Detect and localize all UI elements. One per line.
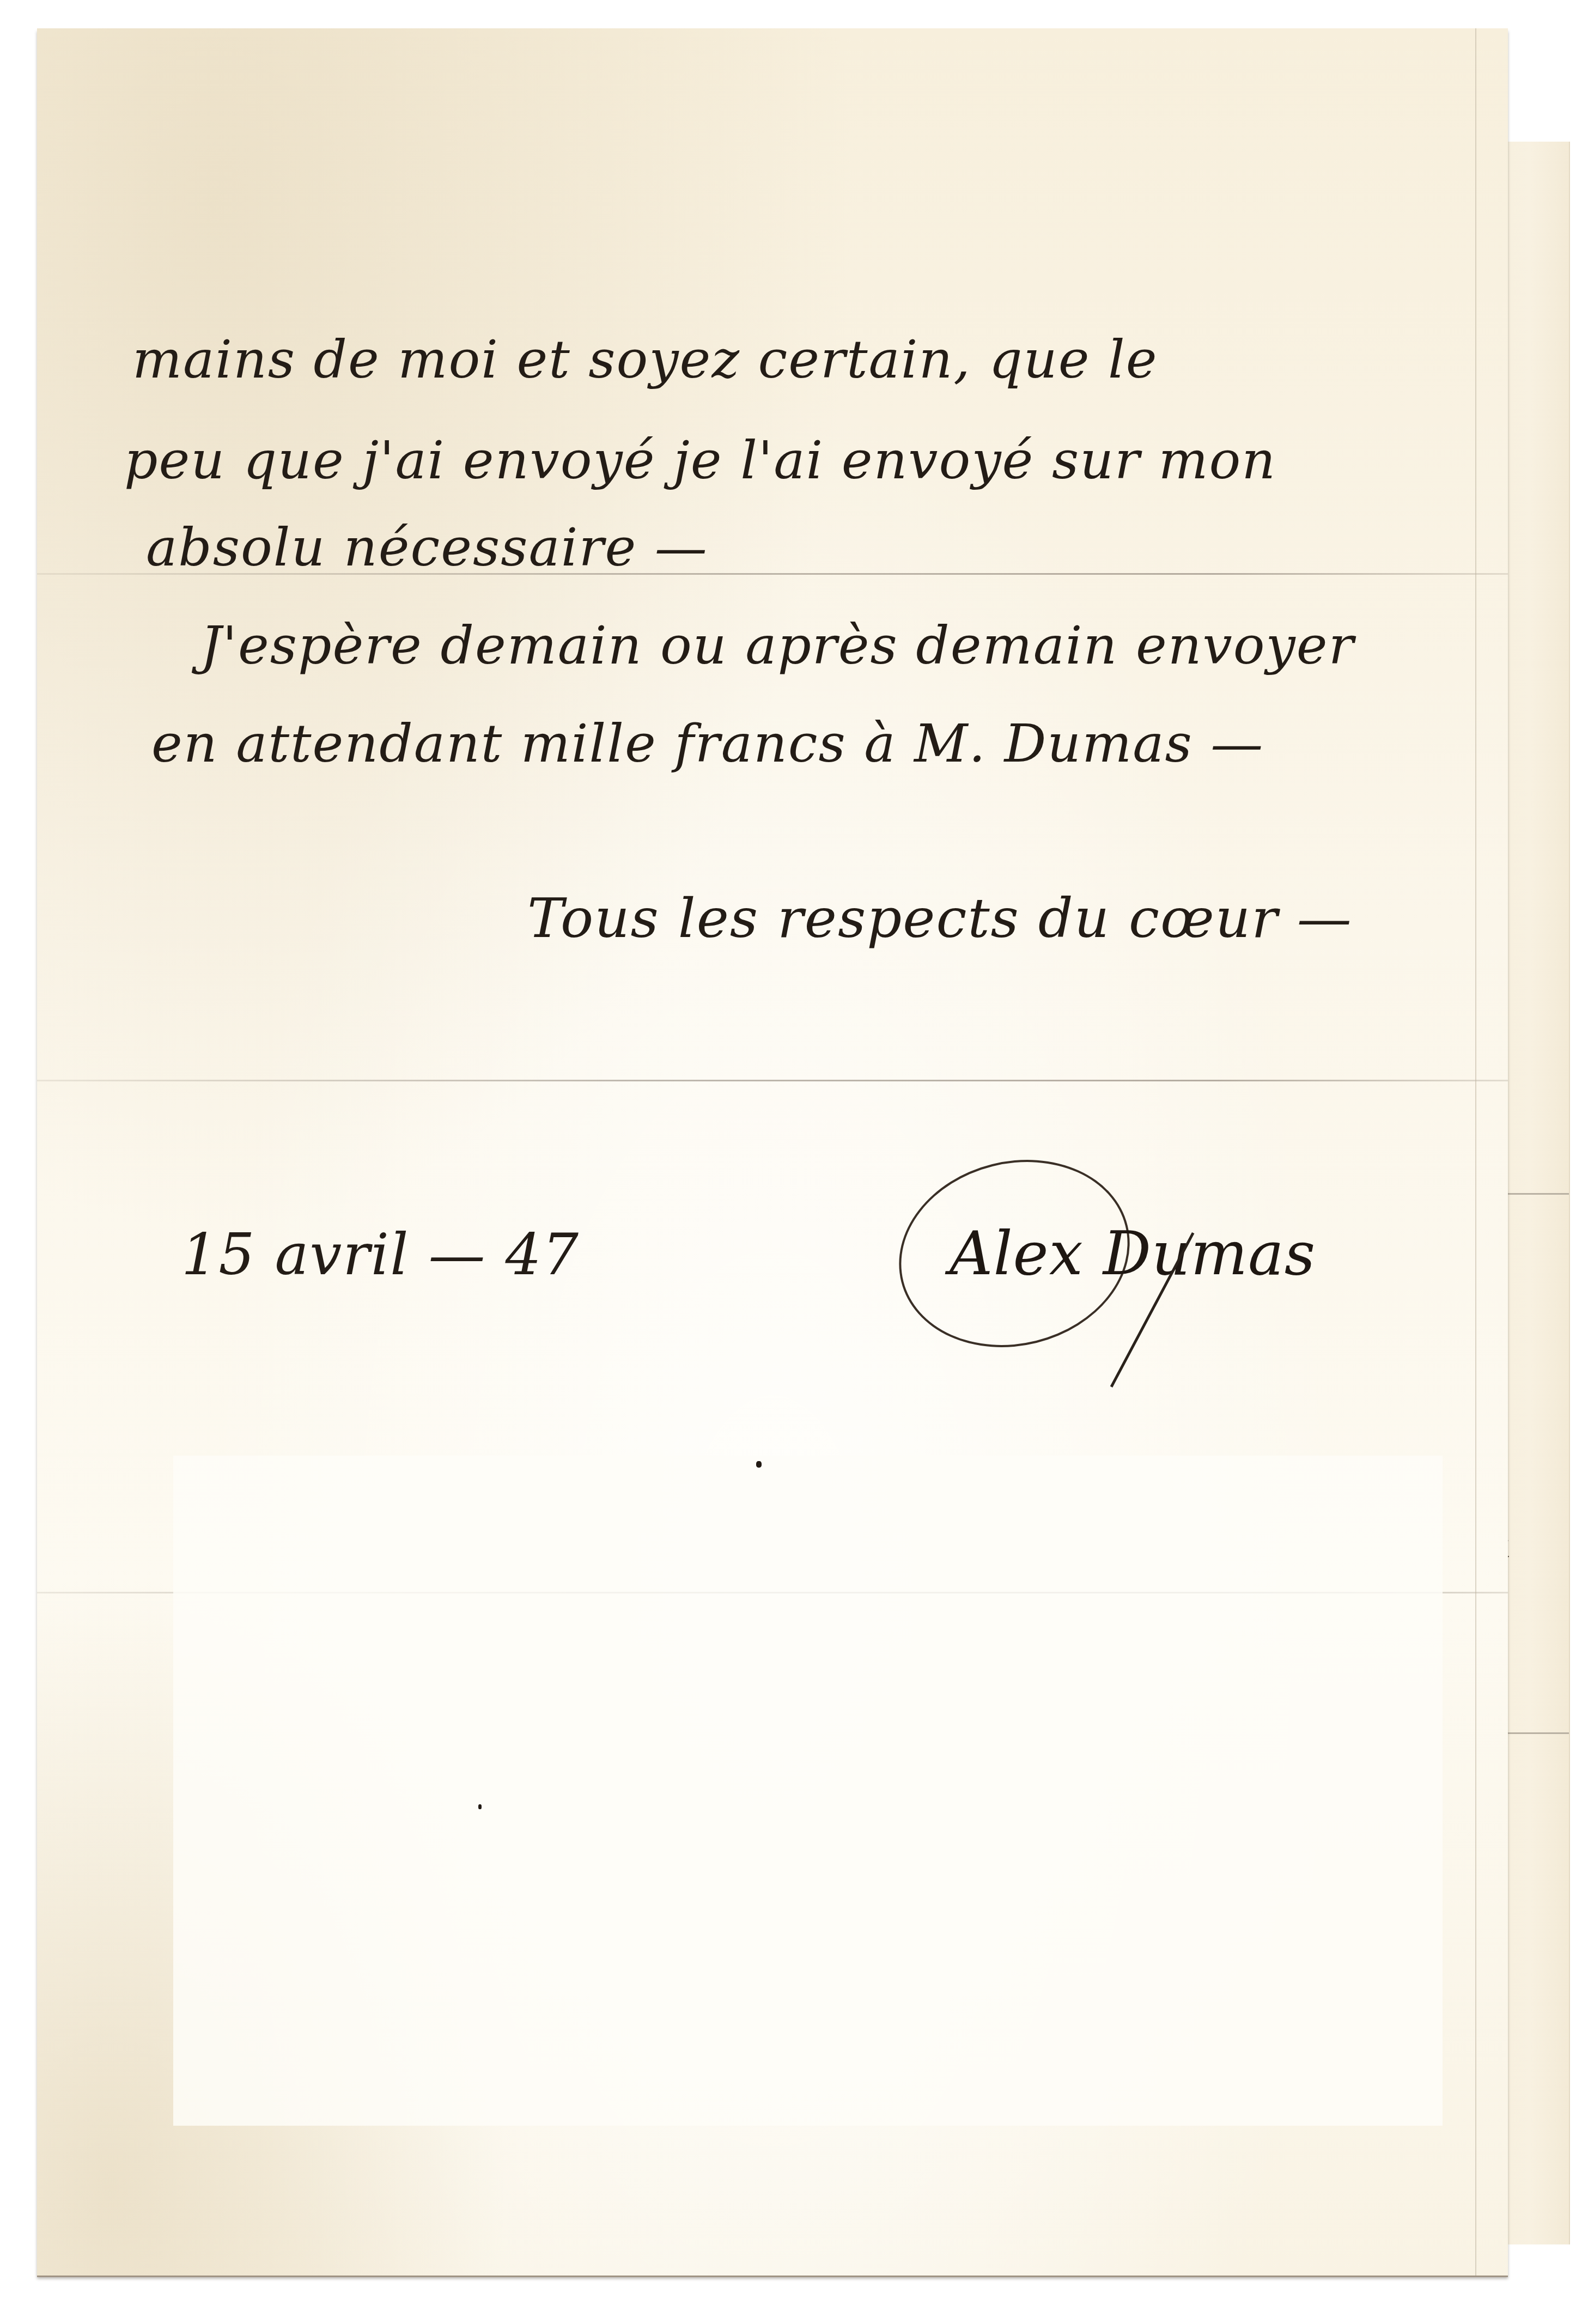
scanned-letter-page: ? le ui mains de moi et soyez certain, q… — [0, 0, 1594, 2324]
closing-line: Tous les respects du cœur — — [527, 886, 1353, 950]
ink-speck — [756, 1461, 762, 1468]
letter-date: 15 avril — 47 — [181, 1221, 580, 1288]
signature-text: Alex Dumas — [950, 1219, 1316, 1288]
letter-line-2: peu que j'ai envoyé je l'ai envoyé sur m… — [124, 434, 1276, 486]
blank-lower-area — [173, 1456, 1443, 2126]
letter-line-3: absolu nécessaire — — [146, 521, 708, 574]
sheet-edge-crease — [1475, 28, 1476, 2276]
letter-sheet: mains de moi et soyez certain, que le pe… — [37, 28, 1508, 2276]
signature: Alex Dumas — [898, 1151, 1323, 1379]
ink-speck — [478, 1804, 482, 1809]
letter-line-5: en attendant mille francs à M. Dumas — — [151, 717, 1264, 770]
letter-line-1: mains de moi et soyez certain, que le — [132, 333, 1158, 386]
fold-line-middle — [37, 1080, 1508, 1081]
letter-line-4: J'espère demain ou après demain envoyer — [200, 619, 1355, 672]
